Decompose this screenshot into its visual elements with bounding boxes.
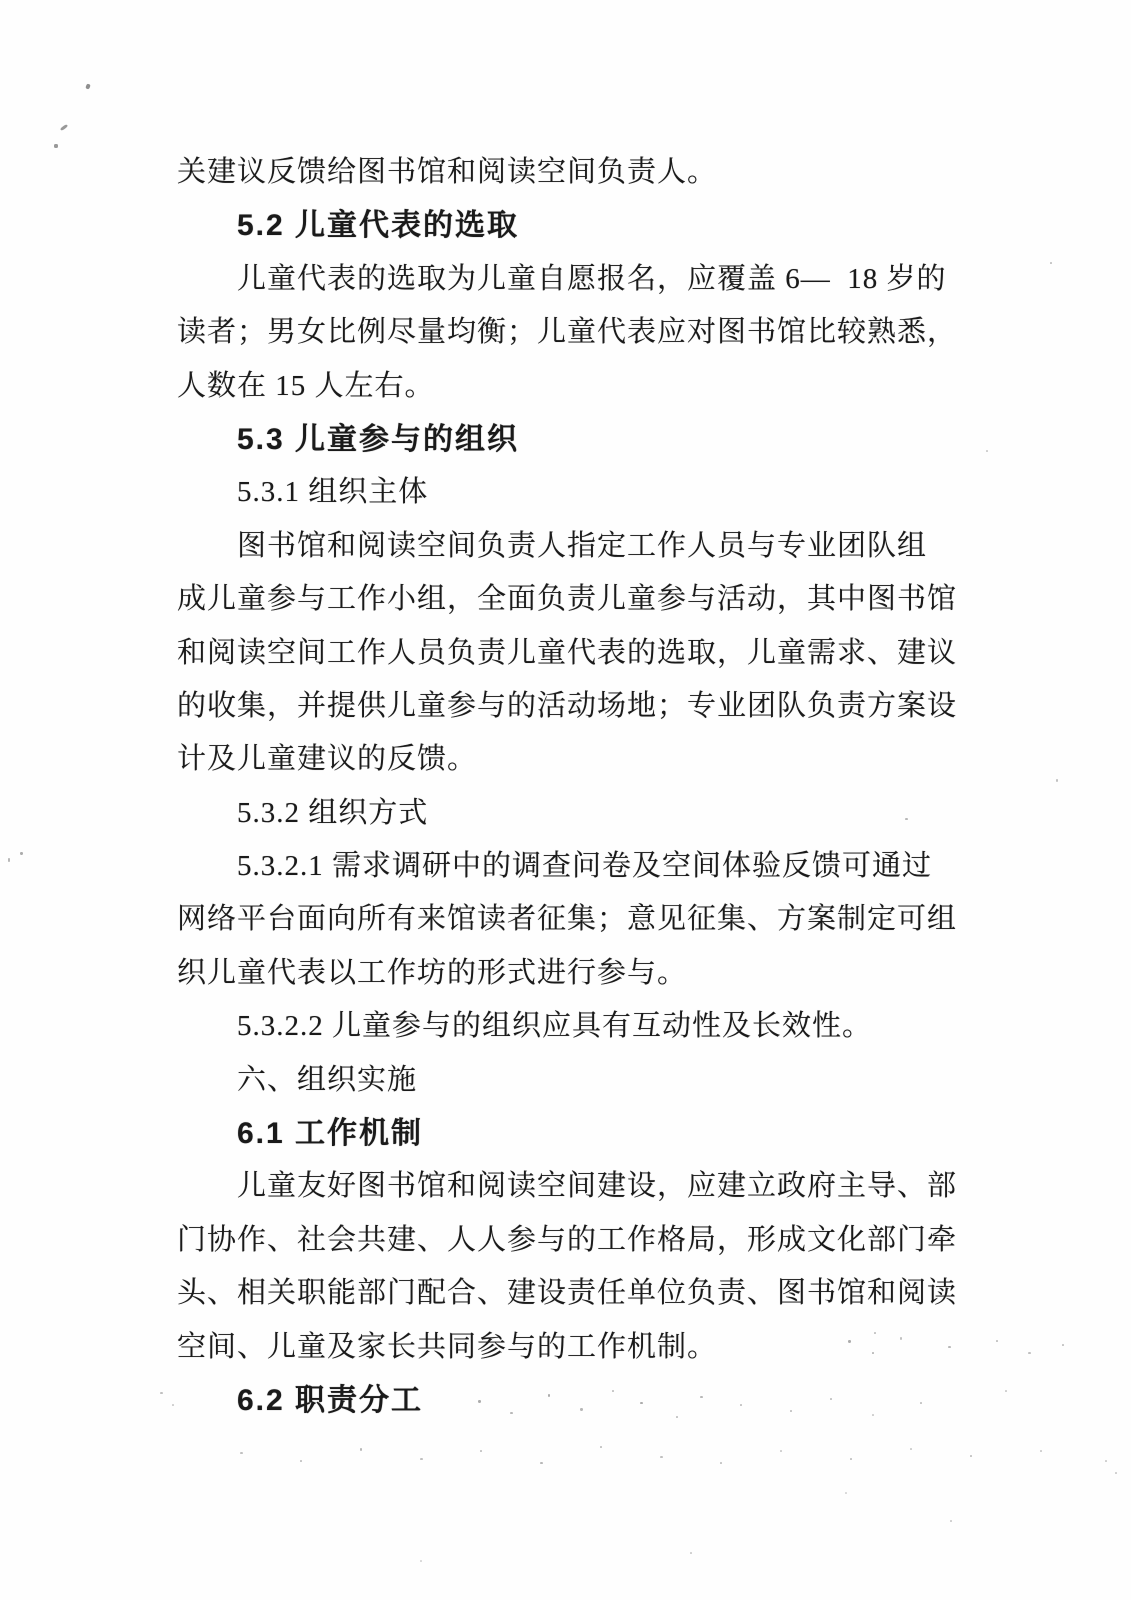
scan-speckle: [360, 1448, 362, 1451]
scan-speckle: [540, 1462, 543, 1464]
scan-speckle: [300, 1460, 302, 1462]
scan-speckle: [970, 1455, 972, 1457]
scan-speckle: [850, 1458, 852, 1460]
paragraph-first-line: 儿童代表的选取为儿童自愿报名，应覆盖 6— 18 岁的: [177, 253, 977, 306]
subsection-heading-5-3-2: 5.3.2 组织方式: [177, 787, 977, 840]
text-line: 和阅读空间工作人员负责儿童代表的选取，儿童需求、建议: [177, 627, 977, 680]
chapter-heading-6: 六、组织实施: [177, 1054, 977, 1107]
text-line: 读者；男女比例尽量均衡；儿童代表应对图书馆比较熟悉，: [177, 306, 977, 359]
paragraph-first-line: 5.3.2.1 需求调研中的调查问卷及空间体验反馈可通过: [177, 840, 977, 893]
paragraph-line-5-3-2-2: 5.3.2.2 儿童参与的组织应具有互动性及长效性。: [177, 1000, 977, 1053]
scan-speckle: [1056, 779, 1058, 782]
scan-speckle: [1005, 1390, 1007, 1392]
document-body: 关建议反馈给图书馆和阅读空间负责人。 5.2 儿童代表的选取 儿童代表的选取为儿…: [177, 146, 977, 1427]
scan-speckle: [60, 124, 68, 131]
scan-speckle: [20, 852, 23, 855]
scan-speckle: [1028, 1352, 1031, 1354]
text-line: 网络平台面向所有来馆读者征集；意见征集、方案制定可组: [177, 893, 977, 946]
text-line: 门协作、社会共建、人人参与的工作格局，形成文化部门牵: [177, 1214, 977, 1267]
section-heading-5-3: 5.3 儿童参与的组织: [177, 413, 977, 466]
scan-speckle: [910, 1448, 912, 1450]
text-line: 头、相关职能部门配合、建设责任单位负责、图书馆和阅读: [177, 1267, 977, 1320]
section-heading-6-1: 6.1 工作机制: [177, 1107, 977, 1160]
scan-speckle: [996, 1340, 998, 1342]
text-line: 关建议反馈给图书馆和阅读空间负责人。: [177, 146, 977, 199]
scan-speckle: [8, 858, 10, 862]
scan-speckle: [1105, 1460, 1107, 1462]
section-heading-6-2: 6.2 职责分工: [177, 1374, 977, 1427]
scan-speckle: [240, 1452, 243, 1454]
scan-speckle: [420, 1560, 422, 1562]
scan-speckle: [845, 1492, 847, 1494]
scan-speckle: [780, 1450, 782, 1452]
scan-speckle: [420, 1458, 423, 1460]
scan-speckle: [1115, 1472, 1117, 1474]
scan-speckle: [986, 450, 988, 452]
scan-speckle: [480, 1450, 482, 1452]
scan-speckle: [160, 1392, 163, 1394]
scan-speckle: [172, 1404, 174, 1406]
scan-speckle: [690, 1552, 692, 1554]
scan-speckle: [600, 1446, 602, 1448]
text-line: 的收集，并提供儿童参与的活动场地；专业团队负责方案设: [177, 680, 977, 733]
paragraph-first-line: 儿童友好图书馆和阅读空间建设，应建立政府主导、部: [177, 1160, 977, 1213]
scanned-document-page: 关建议反馈给图书馆和阅读空间负责人。 5.2 儿童代表的选取 儿童代表的选取为儿…: [0, 0, 1131, 1600]
scan-speckle: [720, 1462, 722, 1464]
scan-speckle: [950, 1520, 952, 1522]
scan-speckle: [1062, 1344, 1064, 1346]
scan-speckle: [660, 1456, 663, 1458]
paragraph-first-line: 图书馆和阅读空间负责人指定工作人员与专业团队组: [177, 520, 977, 573]
subsection-heading-5-3-1: 5.3.1 组织主体: [177, 466, 977, 519]
text-line: 成儿童参与工作小组，全面负责儿童参与活动，其中图书馆: [177, 573, 977, 626]
scan-speckle: [1050, 262, 1052, 264]
text-line: 计及儿童建议的反馈。: [177, 733, 977, 786]
text-line: 人数在 15 人左右。: [177, 360, 977, 413]
text-line: 织儿童代表以工作坊的形式进行参与。: [177, 947, 977, 1000]
scan-speckle: [85, 83, 90, 89]
scan-speckle: [54, 144, 58, 148]
text-line: 空间、儿童及家长共同参与的工作机制。: [177, 1321, 977, 1374]
scan-speckle: [1040, 1450, 1042, 1452]
section-heading-5-2: 5.2 儿童代表的选取: [177, 199, 977, 252]
